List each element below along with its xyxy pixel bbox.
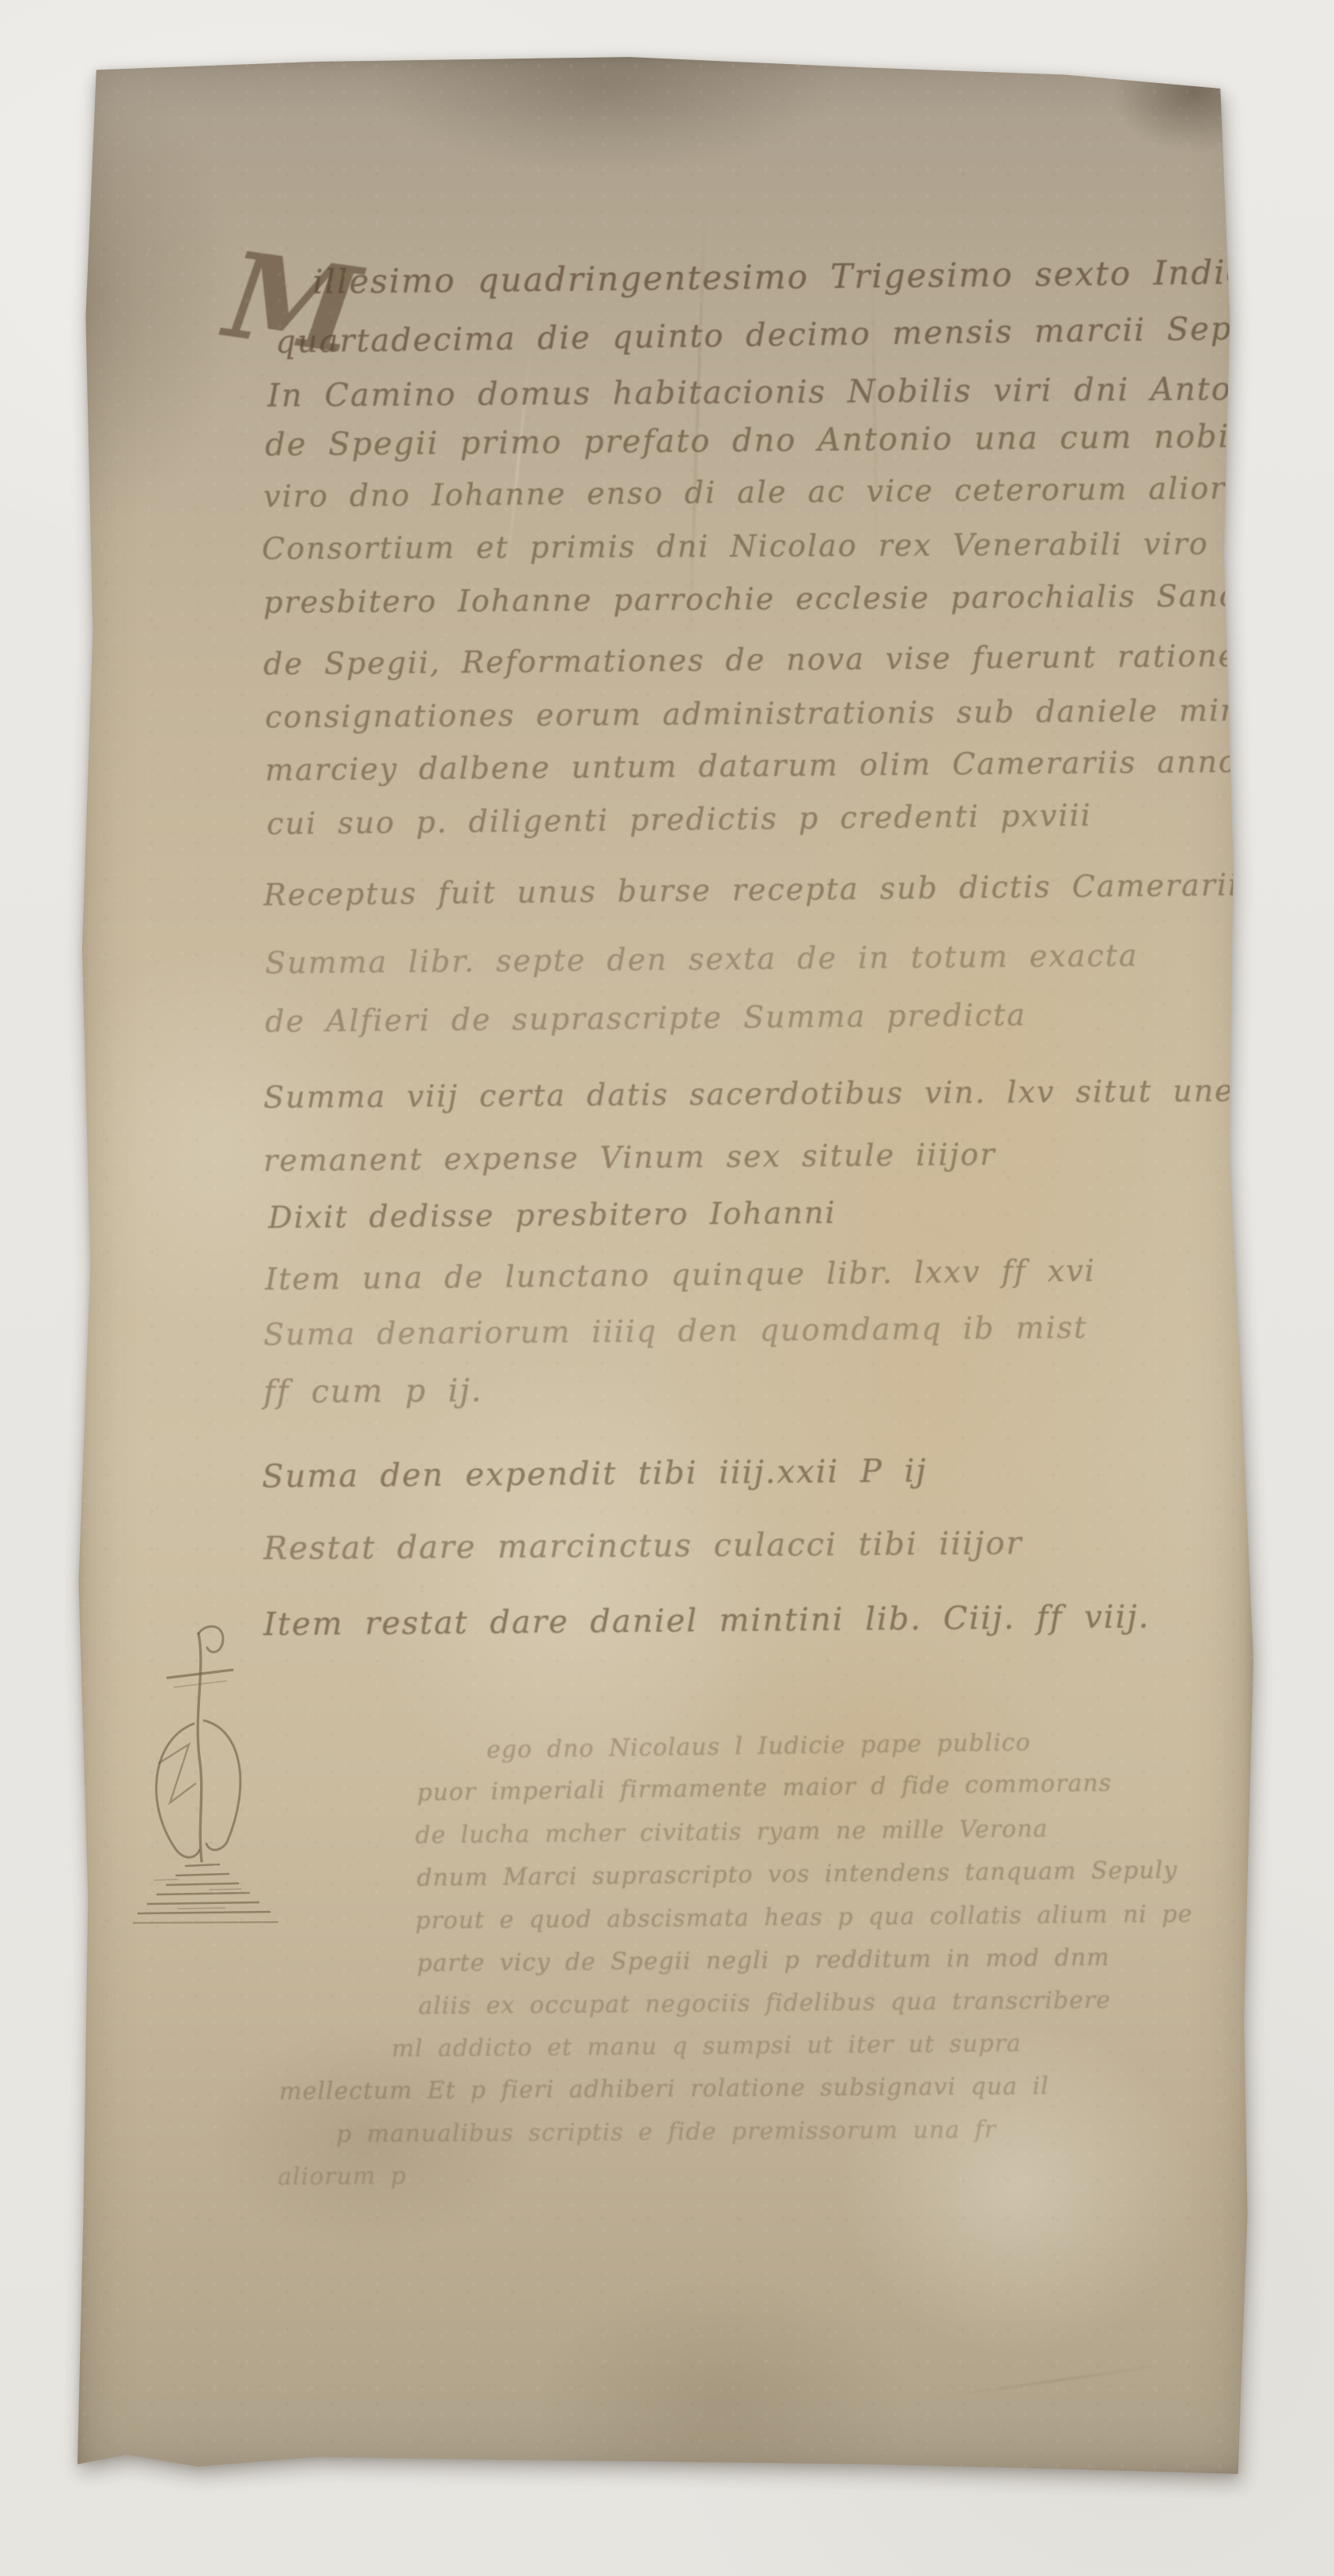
manuscript-line: puor imperiali firmamente maior d fide c… [417, 1770, 1112, 1807]
manuscript-line: Receptus fuit unus burse recepta sub dic… [263, 867, 1257, 912]
crease-line [505, 341, 531, 577]
manuscript-line: ml addicto et manu q sumpsi ut iter ut s… [391, 2030, 1022, 2063]
manuscript-line: marciey dalbene untum datarum olim Camer… [265, 744, 1238, 788]
manuscript-line: cui suo p. diligenti predictis p credent… [266, 798, 1092, 841]
manuscript-line: de Spegii, Reformationes de nova vise fu… [263, 637, 1309, 682]
manuscript-line: ego dno Nicolaus l Iudicie pape publico [486, 1728, 1031, 1764]
manuscript-line: remanent expense Vinum sex situle iiijor [263, 1137, 996, 1178]
crease-line [871, 237, 879, 577]
manuscript-line: consignationes eorum administrationis su… [265, 692, 1334, 735]
manuscript-line: In Camino domus habitacionis Nobilis vir… [267, 371, 1277, 414]
manuscript-line: presbitero Iohanne parrochie ecclesie pa… [263, 577, 1334, 620]
manuscript-line: de Alfieri de suprascripte Summa predict… [265, 998, 1026, 1039]
manuscript-line: prout e quod abscismata heas p qua colla… [415, 1900, 1192, 1935]
manuscript-line: Consortium et primis dni Nicolao rex Ven… [262, 527, 1209, 566]
crease-line [938, 2363, 1173, 2398]
manuscript-line: Summa libr. septe den sexta de in totum … [265, 938, 1139, 980]
manuscript-line: Dixit dedisse presbitero Iohanni [268, 1195, 837, 1235]
manuscript-line: ff cum p ij. [263, 1373, 483, 1411]
text-layer: Millesimo quadringentesimo Trigesimo sex… [75, 55, 1253, 2479]
manuscript-line: p manualibus scriptis e fide premissorum… [336, 2116, 996, 2148]
manuscript-line: parte vicy de Spegii negli p redditum in… [417, 1943, 1110, 1977]
manuscript-line: Item una de lunctano quinque libr. lxxv … [265, 1253, 1096, 1297]
initial-letter: M [218, 225, 369, 382]
manuscript-line: quartadecima die quinto decimo mensis ma… [275, 309, 1334, 361]
manuscript-line: mellectum Et p fieri adhiberi rolatione … [279, 2072, 1049, 2106]
manuscript-line: Restat dare marcinctus culacci tibi iiij… [263, 1525, 1023, 1567]
manuscript-line: de Spegii primo prefato dno Antonio una … [265, 418, 1253, 463]
manuscript-line: de lucha mcher civitatis ryam ne mille V… [415, 1815, 1049, 1849]
manuscript-line: Summa viij certa datis sacerdotibus vin.… [263, 1073, 1234, 1115]
manuscript-line: aliis ex occupat negociis fidelibus qua … [418, 1986, 1111, 2020]
notary-signum [130, 1619, 289, 1959]
parchment-wrap: Millesimo quadringentesimo Trigesimo sex… [75, 55, 1253, 2479]
manuscript-line: Suma den expendit tibi iiij.xxii P ij [262, 1453, 928, 1495]
manuscript-line: Suma denariorum iiiiq den quomdamq ib mi… [263, 1310, 1088, 1352]
manuscript-line: dnum Marci suprascripto vos intendens ta… [417, 1856, 1177, 1892]
parchment: Millesimo quadringentesimo Trigesimo sex… [75, 55, 1253, 2479]
manuscript-line: illesimo quadringentesimo Trigesimo sext… [312, 251, 1334, 301]
manuscript-line: viro dno Iohanne enso di ale ac vice cet… [263, 469, 1334, 514]
crease-line [688, 206, 706, 648]
manuscript-line: aliorum p [278, 2162, 406, 2191]
manuscript-line: Item restat dare daniel mintini lib. Cii… [263, 1599, 1151, 1643]
